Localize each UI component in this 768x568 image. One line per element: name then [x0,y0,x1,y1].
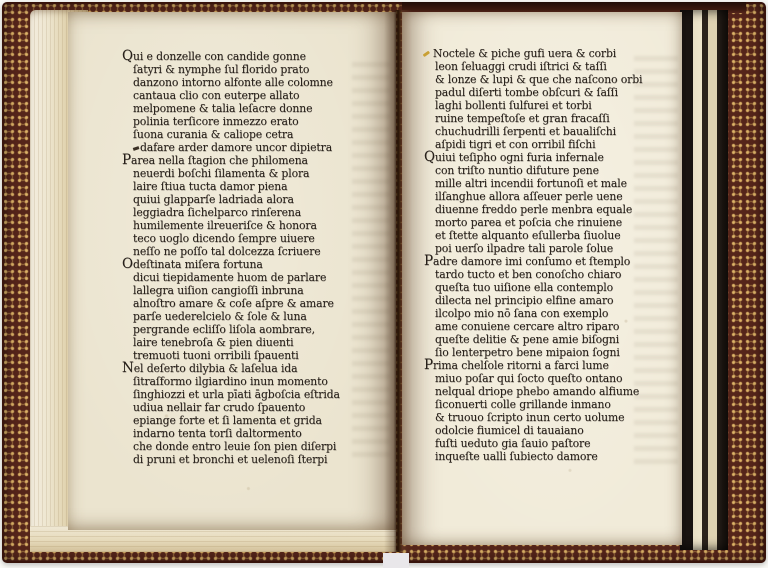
verse-line: inqueſte ualli ſubiecto damore [424,450,678,463]
verse-line: ſuona curania & caliope cetra [122,128,386,141]
verse-line: ſiconuerti colle grillande inmano [424,398,678,411]
right-page-edges [680,10,728,550]
stanza: Qui e donzelle con candide gonneſatyri &… [122,50,386,154]
verse-line: ruine tempeſtoſe et gran fracaſſi [424,112,678,125]
verse-line: diuenne freddo perle menbra equale [424,203,678,216]
verse-line: polinia terſicore inmezzo erato [122,115,386,128]
verse-line: et ſtette alquanto eſullerba ſiuolue [424,229,678,242]
verse-line: mille altri incendii fortunoſi et male [424,177,678,190]
verse-line: dilecta nel principio elfine amaro [424,294,678,307]
verse-line: ilſanghue allora aſſeuer perle uene [424,190,678,203]
verse-line: Prima chelſole ritorni a farci lume [424,359,678,372]
verse-line: humilemente ilreueriſce & honora [122,219,386,232]
verse-line: teco uoglo dicendo ſempre uiuere [122,232,386,245]
stanza: Prima chelſole ritorni a farci lumemiuo … [424,359,678,463]
stanza: Quiui teſipho ogni furia infernalecon tr… [424,151,678,255]
verse-line: Nel deſerto dilybia & laſelua ida [122,362,386,375]
verse-line: laghi bollenti ſulfurei et torbi [424,99,678,112]
verse-line: udiua nellair far crudo ſpauento [122,401,386,414]
verse-line: pergrande ecliſſo liſola aombrare, [122,323,386,336]
verse-line: laire tenebroſa & pien diuenti [122,336,386,349]
verse-line: Qui e donzelle con candide gonne [122,50,386,63]
verse-line: Quiui teſipho ogni furia infernale [424,151,678,164]
verse-line: tremuoti tuoni orribili ſpauenti [122,349,386,362]
verse-line: aſpidi tigri et con orribil fiſchi [424,138,678,151]
verse-line: ame conuiene cercare altro riparo [424,320,678,333]
verse-line: danzono intorno alfonte alle colomne [122,76,386,89]
stanza: Nel deſerto dilybia & laſelua idaſitraſf… [122,362,386,466]
verse-line: dafare arder damore uncor dipietra [122,141,386,154]
stanza: Parea nella ſtagion che philomenaneuerdi… [122,154,386,258]
verse-line: Noctele & piche gufi uera & corbi [424,47,678,60]
stanza: Noctele & piche gufi uera & corbileon ſe… [424,47,678,151]
verse-line: melpomene & talia leſacre donne [122,102,386,115]
book-photo: Qui e donzelle con candide gonneſatyri &… [0,0,768,568]
verse-line: neſſo ne poſſo tal dolcezza ſcriuere [122,245,386,258]
stanza: Odeſtinata miſera fortunadicui tiepidame… [122,258,386,362]
verse-line: cantaua clio con euterpe allato [122,89,386,102]
stanza: Padre damore imi conſumo et ſtemplotardo… [424,255,678,359]
verse-line: poi uerſo ilpadre tali parole ſolue [424,242,678,255]
verse-line: odolcie fiumicel di tauaiano [424,424,678,437]
verse-line: indarno tenta torſi daltormento [122,427,386,440]
verse-line: Parea nella ſtagion che philomena [122,154,386,167]
verse-line: leon ſeluaggi crudi iſtrici & taſſi [424,60,678,73]
verse-line: laire ſtiua tucta damor piena [122,180,386,193]
verse-line: & truouo ſcripto inun certo uolume [424,411,678,424]
verse-line: padul diſerti tombe obſcuri & ſaſſi [424,86,678,99]
verse-line: ſitraſformo ilgiardino inun momento [122,375,386,388]
verse-line: epiange forte et ſi lamenta et grida [122,414,386,427]
verse-line: alnoſtro amare & coſe aſpre & amare [122,297,386,310]
verse-line: Padre damore imi conſumo et ſtemplo [424,255,678,268]
background-gap [383,553,409,568]
verse-line: leggiadra ſichelparco rinſerena [122,206,386,219]
verse-line: che donde entro leuie ſon pien diſerpi [122,440,386,453]
verse-line: morto parea et poſcia che rinuiene [424,216,678,229]
verse-line: parſe uederelcielo & ſole & luna [122,310,386,323]
verse-line: ſio lenterpetro bene mipaion ſogni [424,346,678,359]
verse-line: quiui glapparſe ladriada alora [122,193,386,206]
verse-line: tardo tucto et ben conoſcho chiaro [424,268,678,281]
verse-line: nelqual driope phebo amando alfiume [424,385,678,398]
right-page-text: Noctele & piche gufi uera & corbileon ſe… [424,47,678,463]
verse-line: lallegra uiſion cangioſſi inbruna [122,284,386,297]
verse-line: chuchudrilli ſerpenti et baualiſchi [424,125,678,138]
verse-line: & lonze & lupi & que che naſcono orbi [424,73,678,86]
verse-line: neuerdi boſchi ſilamenta & plora [122,167,386,180]
verse-line: dicui tiepidamente huom de parlare [122,271,386,284]
verse-line: con triſto nuntio difuture pene [424,164,678,177]
verse-line: miuo poſar qui ſocto queſto ontano [424,372,678,385]
verse-line: ilcolpo mio nō ſana con exemplo [424,307,678,320]
verse-line: queſte delitie & pene amie biſogni [424,333,678,346]
verse-line: fuſti ueduto gia ſauio paſtore [424,437,678,450]
verse-line: Odeſtinata miſera fortuna [122,258,386,271]
verse-line: di pruni et bronchi et uelenoſi ſterpi [122,453,386,466]
verse-line: ſatyri & nymphe ſul florido prato [122,63,386,76]
verse-line: queſta tuo uiſione ella contemplo [424,281,678,294]
verse-line: ſinghiozzi et urla pīati āgboſcia eſtrid… [122,388,386,401]
left-page-text: Qui e donzelle con candide gonneſatyri &… [122,50,386,466]
